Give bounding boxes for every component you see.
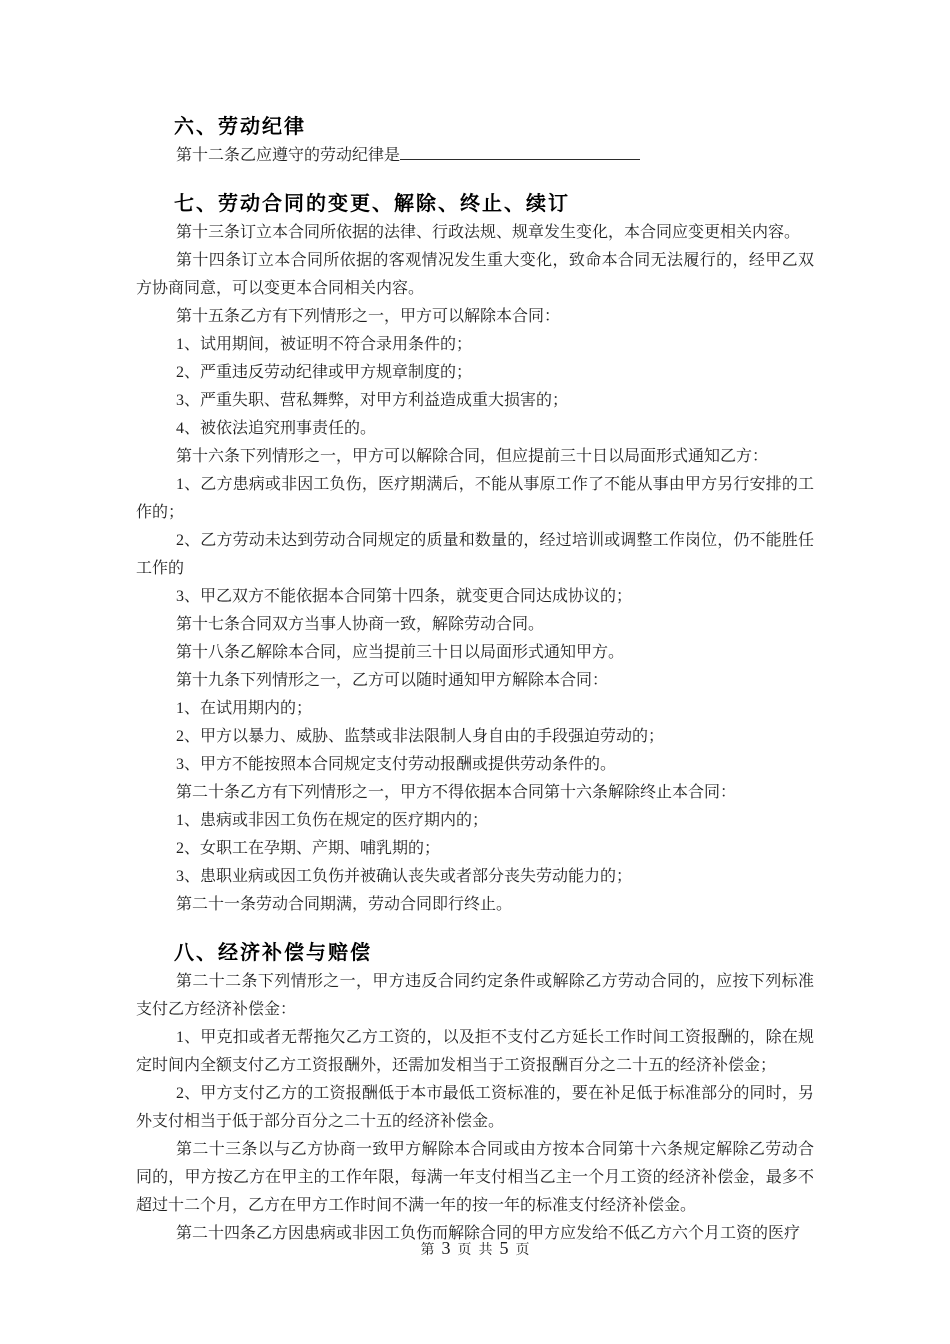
page-footer: 第3页共5页 [0, 1238, 950, 1259]
contract-paragraph: 第二十三条以与乙方协商一致甲方解除本合同或由方按本合同第十六条规定解除乙劳动合同… [136, 1136, 814, 1220]
contract-paragraph: 3、严重失职、营私舞弊，对甲方利益造成重大损害的； [136, 387, 814, 415]
contract-paragraph: 第十三条订立本合同所依据的法律、行政法规、规章发生变化，本合同应变更相关内容。 [136, 219, 814, 247]
contract-paragraph: 3、患职业病或因工负伤并被确认丧失或者部分丧失劳动能力的； [136, 863, 814, 891]
contract-paragraph: 3、甲方不能按照本合同规定支付劳动报酬或提供劳动条件的。 [136, 751, 814, 779]
contract-paragraph: 1、乙方患病或非因工负伤，医疗期满后，不能从事原工作了不能从事由甲方另行安排的工… [136, 471, 814, 527]
contract-paragraph: 2、女职工在孕期、产期、哺乳期的； [136, 835, 814, 863]
contract-paragraph: 3、甲乙双方不能依据本合同第十四条，就变更合同达成协议的； [136, 583, 814, 611]
document-page: 六、劳动纪律第十二条乙应遵守的劳动纪律是七、劳动合同的变更、解除、终止、续订第十… [0, 0, 950, 1344]
fill-in-blank-line [400, 143, 640, 160]
footer-current-page-number: 3 [442, 1238, 451, 1259]
footer-label-di: 第 [421, 1239, 435, 1259]
footer-label-ye: 页 [516, 1239, 530, 1259]
contract-paragraph: 1、甲克扣或者无帮拖欠乙方工资的，以及拒不支付乙方延长工作时间工资报酬的，除在规… [136, 1024, 814, 1080]
contract-paragraph: 第二十二条下列情形之一，甲方违反合同约定条件或解除乙方劳动合同的，应按下列标准支… [136, 968, 814, 1024]
footer-total-pages-number: 5 [500, 1238, 509, 1259]
contract-paragraph: 第十九条下列情形之一，乙方可以随时通知甲方解除本合同： [136, 667, 814, 695]
contract-paragraph: 2、甲方支付乙方的工资报酬低于本市最低工资标准的，要在补足低于标准部分的同时，另… [136, 1080, 814, 1136]
section-heading: 八、经济补偿与赔偿 [136, 938, 814, 968]
contract-paragraph: 第十七条合同双方当事人协商一致，解除劳动合同。 [136, 611, 814, 639]
contract-section: 七、劳动合同的变更、解除、终止、续订第十三条订立本合同所依据的法律、行政法规、规… [136, 189, 814, 919]
contract-paragraph: 1、患病或非因工负伤在规定的医疗期内的； [136, 807, 814, 835]
contract-paragraph: 第二十一条劳动合同期满，劳动合同即行终止。 [136, 891, 814, 919]
section-heading: 七、劳动合同的变更、解除、终止、续订 [136, 189, 814, 219]
contract-section: 六、劳动纪律第十二条乙应遵守的劳动纪律是 [136, 112, 814, 170]
contract-paragraph: 4、被依法追究刑事责任的。 [136, 415, 814, 443]
paragraph-text: 第十二条乙应遵守的劳动纪律是 [176, 147, 400, 164]
contract-paragraph: 1、在试用期内的； [136, 695, 814, 723]
footer-label-gong: 共 [479, 1239, 493, 1259]
footer-label-ye: 页 [458, 1239, 472, 1259]
contract-paragraph: 2、严重违反劳动纪律或甲方规章制度的； [136, 359, 814, 387]
contract-paragraph: 第十二条乙应遵守的劳动纪律是 [136, 142, 814, 170]
contract-paragraph: 第十六条下列情形之一，甲方可以解除合同，但应提前三十日以局面形式通知乙方： [136, 443, 814, 471]
contract-paragraph: 2、甲方以暴力、威胁、监禁或非法限制人身自由的手段强迫劳动的； [136, 723, 814, 751]
contract-paragraph: 1、试用期间，被证明不符合录用条件的； [136, 331, 814, 359]
contract-section: 八、经济补偿与赔偿第二十二条下列情形之一，甲方违反合同约定条件或解除乙方劳动合同… [136, 938, 814, 1248]
contract-body: 六、劳动纪律第十二条乙应遵守的劳动纪律是七、劳动合同的变更、解除、终止、续订第十… [136, 112, 814, 1248]
contract-paragraph: 2、乙方劳动未达到劳动合同规定的质量和数量的，经过培训或调整工作岗位，仍不能胜任… [136, 527, 814, 583]
contract-paragraph: 第二十条乙方有下列情形之一，甲方不得依据本合同第十六条解除终止本合同： [136, 779, 814, 807]
contract-paragraph: 第十八条乙解除本合同，应当提前三十日以局面形式通知甲方。 [136, 639, 814, 667]
contract-paragraph: 第十四条订立本合同所依据的客观情况发生重大变化，致命本合同无法履行的，经甲乙双方… [136, 247, 814, 303]
contract-paragraph: 第十五条乙方有下列情形之一，甲方可以解除本合同： [136, 303, 814, 331]
section-heading: 六、劳动纪律 [136, 112, 814, 142]
